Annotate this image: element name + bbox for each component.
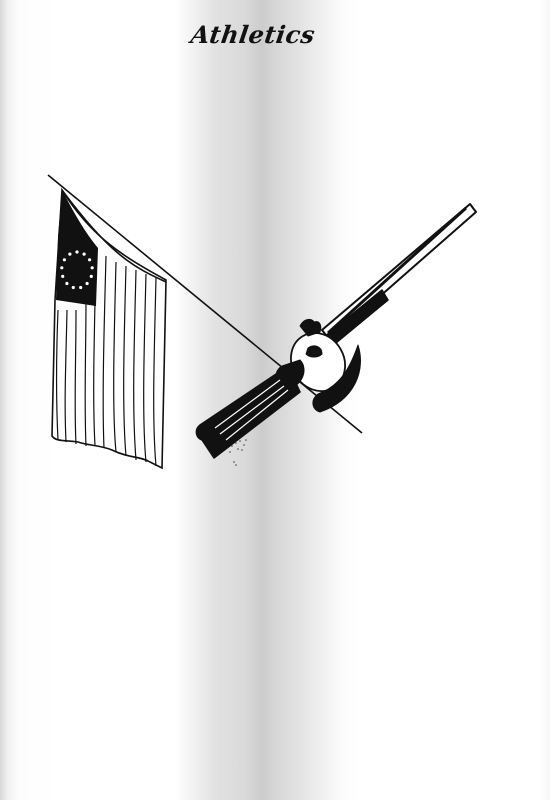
star-icon	[91, 266, 94, 269]
star-icon	[86, 282, 89, 285]
flag-and-musket-illustration	[0, 0, 550, 800]
star-icon	[60, 266, 63, 269]
star-icon	[72, 286, 75, 289]
flag	[52, 190, 166, 468]
star-icon	[79, 286, 82, 289]
star-icon	[75, 250, 78, 253]
star-icon	[61, 275, 64, 278]
star-icon	[88, 258, 91, 261]
scanned-page: Athletics	[0, 0, 550, 800]
flag-canton	[56, 190, 98, 306]
star-icon	[90, 275, 93, 278]
star-icon	[68, 253, 71, 256]
star-icon	[63, 258, 66, 261]
star-icon	[83, 253, 86, 256]
star-icon	[65, 282, 68, 285]
